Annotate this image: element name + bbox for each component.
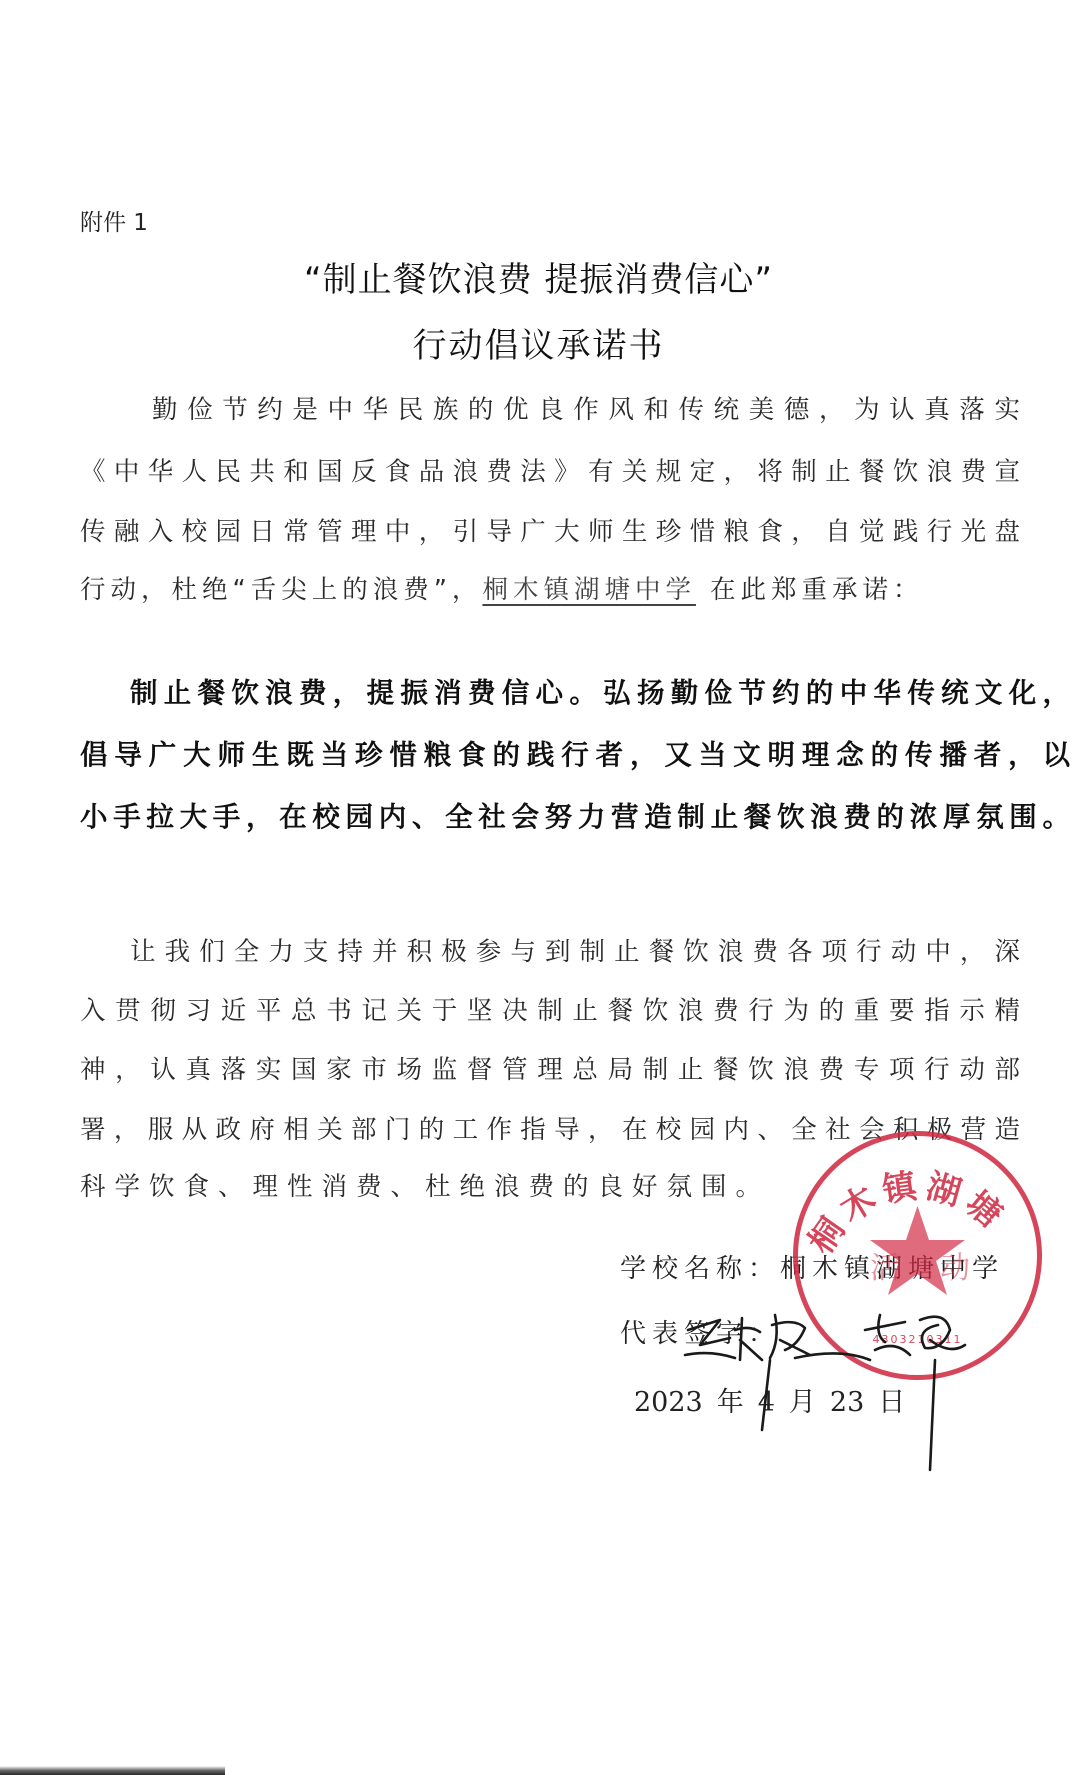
scan-edge-artifact	[0, 1766, 225, 1775]
paragraph-line: 让我们全力支持并积极参与到制止餐饮浪费各项行动中，深	[130, 932, 1020, 968]
paragraph-line: 倡导广大师生既当珍惜粮食的践行者，又当文明理念的传播者，以	[80, 732, 1070, 772]
paragraph-line: 传融入校园日常管理中，引导广大师生珍惜粮食，自觉践行光盘	[80, 512, 1020, 548]
document-title-line2: 行动倡议承诺书	[0, 318, 1077, 367]
document-title-line1: “制止餐饮浪费 提振消费信心”	[0, 252, 1077, 301]
commit-suffix: 在此郑重承诺：	[710, 575, 924, 605]
paragraph-line: 小手拉大手，在校园内、全社会努力营造制止餐饮浪费的浓厚氛围。	[80, 794, 1070, 834]
paragraph-line: 科学饮食、理性消费、杜绝浪费的良好氛围。	[80, 1167, 770, 1203]
paragraph-line: 制止餐饮浪费，提振消费信心。弘扬勤俭节约的中华传统文化，	[130, 670, 1070, 710]
commit-prefix: 行动，杜绝“舌尖上的浪费”，	[80, 575, 482, 605]
school-name-label: 学校名称：	[620, 1254, 780, 1284]
paragraph-line: 神，认真落实国家市场监督管理总局制止餐饮浪费专项行动部	[80, 1050, 1020, 1086]
svg-text:活: 活	[870, 1251, 900, 1286]
paragraph-line: 入贯彻习近平总书记关于坚决制止餐饮浪费行为的重要指示精	[80, 991, 1020, 1027]
attachment-label: 附件 1	[80, 204, 148, 237]
paragraph-line: 《中华人民共和国反食品浪费法》有关规定，将制止餐饮浪费宣	[80, 452, 1020, 488]
paragraph-line-commit: 行动，杜绝“舌尖上的浪费”，桐木镇湖塘中学在此郑重承诺：	[80, 570, 923, 606]
svg-text:动: 动	[940, 1251, 970, 1286]
handwritten-signature-icon	[680, 1300, 1010, 1480]
school-name-filled: 桐木镇湖塘中学	[482, 575, 710, 605]
paragraph-line: 勤俭节约是中华民族的优良作风和传统美德，为认真落实	[152, 390, 1020, 426]
